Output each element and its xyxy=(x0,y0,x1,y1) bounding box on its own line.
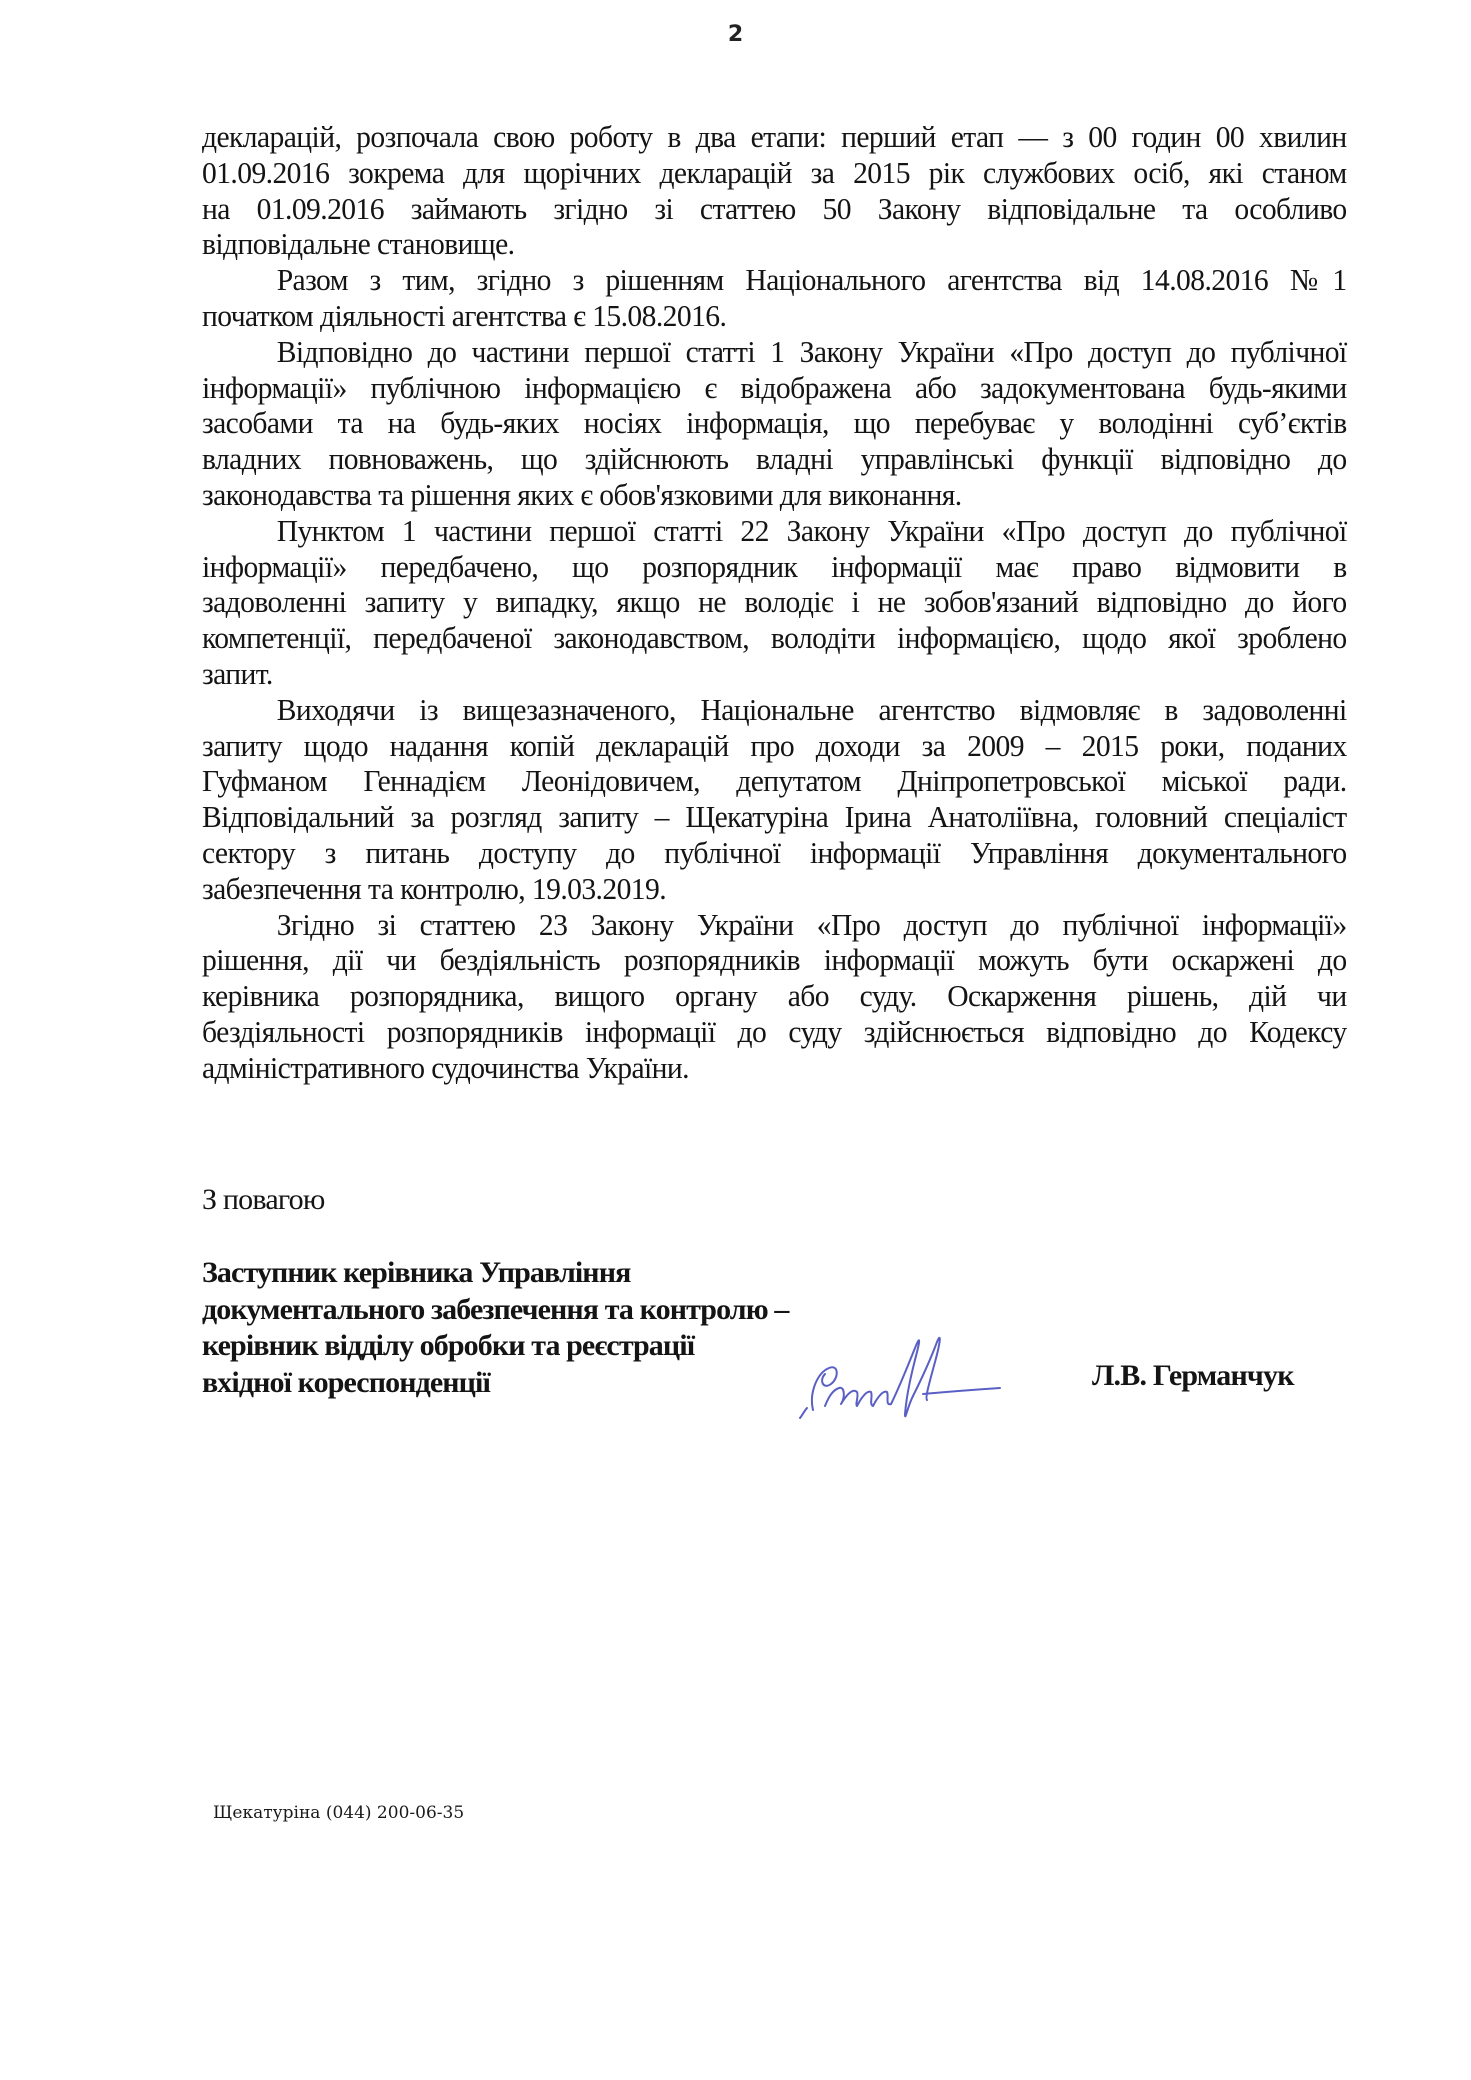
paragraph: Пунктом 1 частини першої статті 22 Закон… xyxy=(202,514,1347,693)
text-line: задоволенні запиту у випадку, якщо не во… xyxy=(202,585,1347,621)
text-line: сектору з питань доступу до публічної ін… xyxy=(202,836,1347,872)
text-line: Згідно зі статтею 23 Закону України «Про… xyxy=(202,908,1347,944)
handwritten-signature-icon xyxy=(795,1318,1040,1428)
text-line: компетенції, передбаченої законодавством… xyxy=(202,621,1347,657)
closing-salutation: З повагою xyxy=(202,1183,324,1217)
text-line: запиту щодо надання копій декларацій про… xyxy=(202,729,1347,765)
text-line: Разом з тим, згідно з рішенням Національ… xyxy=(202,263,1347,299)
text-line: інформації» передбачено, що розпорядник … xyxy=(202,550,1347,586)
text-line: бездіяльності розпорядників інформації д… xyxy=(202,1015,1347,1051)
paragraph: Згідно зі статтею 23 Закону України «Про… xyxy=(202,908,1347,1087)
text-line: Відповідальний за розгляд запиту – Щекат… xyxy=(202,800,1347,836)
page-number: 2 xyxy=(0,22,1471,47)
text-line: забезпечення та контролю, 19.03.2019. xyxy=(202,872,1347,908)
text-line: засобами та на будь-яких носіях інформац… xyxy=(202,406,1347,442)
text-line: адміністративного судочинства України. xyxy=(202,1051,1347,1087)
text-line: запит. xyxy=(202,657,1347,693)
paragraph: Відповідно до частини першої статті 1 За… xyxy=(202,335,1347,514)
position-line: керівник відділу обробки та реєстрації xyxy=(202,1328,788,1365)
text-line: владних повноважень, що здійснюють владн… xyxy=(202,442,1347,478)
text-line: законодавства та рішення яких є обов'язк… xyxy=(202,478,1347,514)
text-line: інформації» публічною інформацією є відо… xyxy=(202,371,1347,407)
paragraph: Виходячи із вищезазначеного, Національне… xyxy=(202,693,1347,908)
executor-contact: Щекатуріна (044) 200-06-35 xyxy=(213,1803,464,1823)
signer-name: Л.В. Германчук xyxy=(1092,1359,1294,1393)
text-line: Гуфманом Геннадієм Леонідовичем, депутат… xyxy=(202,764,1347,800)
text-line: 01.09.2016 зокрема для щорічних декларац… xyxy=(202,156,1347,192)
text-line: рішення, дії чи бездіяльність розпорядни… xyxy=(202,943,1347,979)
text-line: Пунктом 1 частини першої статті 22 Закон… xyxy=(202,514,1347,550)
position-line: вхідної кореспонденції xyxy=(202,1365,788,1402)
signatory-position: Заступник керівника Управління документа… xyxy=(202,1255,788,1401)
text-line: відповідальне становище. xyxy=(202,227,1347,263)
text-line: на 01.09.2016 займають згідно зі статтею… xyxy=(202,192,1347,228)
text-line: Виходячи із вищезазначеного, Національне… xyxy=(202,693,1347,729)
text-line: декларацій, розпочала свою роботу в два … xyxy=(202,120,1347,156)
text-line: початком діяльності агентства є 15.08.20… xyxy=(202,299,1347,335)
letter-body: декларацій, розпочала свою роботу в два … xyxy=(202,120,1347,1087)
text-line: Відповідно до частини першої статті 1 За… xyxy=(202,335,1347,371)
position-line: документального забезпечення та контролю… xyxy=(202,1292,788,1329)
paragraph: декларацій, розпочала свою роботу в два … xyxy=(202,120,1347,263)
position-line: Заступник керівника Управління xyxy=(202,1255,788,1292)
paragraph: Разом з тим, згідно з рішенням Національ… xyxy=(202,263,1347,335)
text-line: керівника розпорядника, вищого органу аб… xyxy=(202,979,1347,1015)
